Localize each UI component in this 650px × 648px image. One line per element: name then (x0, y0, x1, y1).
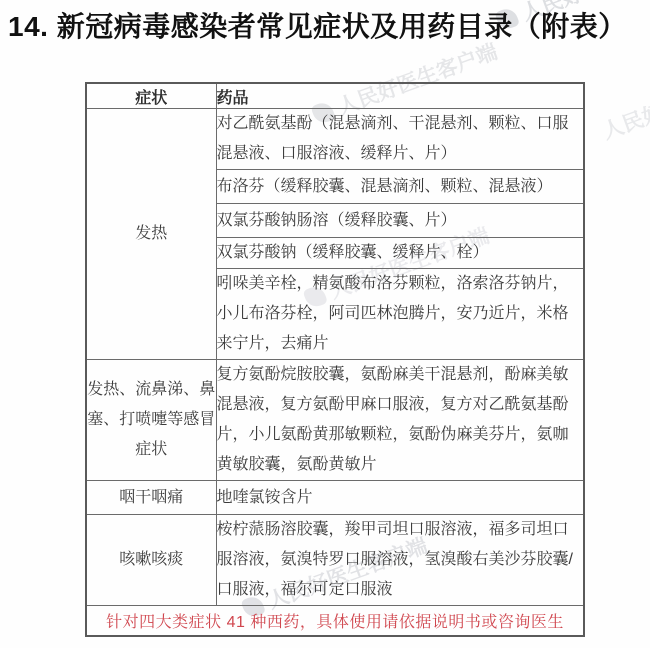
page-title: 14. 新冠病毒感染者常见症状及用药目录（附表） (8, 8, 648, 46)
column-header-symptom: 症状 (86, 83, 216, 109)
medicine-cell: 双氯芬酸钠肠溶（缓释胶囊、片） (216, 204, 584, 238)
medicine-cell: 吲哚美辛栓，精氨酸布洛芬颗粒，洛索洛芬钠片，小儿布洛芬栓，阿司匹林泡腾片，安乃近… (216, 269, 584, 360)
medicine-cell: 双氯芬酸钠（缓释胶囊、缓释片、栓） (216, 238, 584, 269)
medicine-cell: 布洛芬（缓释胶囊、混悬滴剂、颗粒、混悬液） (216, 170, 584, 204)
column-header-medicine: 药品 (216, 83, 584, 109)
table-row: 咳嗽咳痰 桉柠蒎肠溶胶囊，羧甲司坦口服溶液，福多司坦口服溶液，氨溴特罗口服溶液，… (86, 515, 584, 606)
article-page: 人民好医生客户端 人民好医生客户端 人民好医生客户端 人民好医生客户端 人民好医… (0, 0, 650, 648)
medicine-cell: 复方氨酚烷胺胶囊，氨酚麻美干混悬剂，酚麻美敏混悬液，复方氨酚甲麻口服液，复方对乙… (216, 360, 584, 481)
footer-note: 针对四大类症状 41 种西药，具体使用请依据说明书或咨询医生 (86, 606, 584, 637)
medicine-cell: 桉柠蒎肠溶胶囊，羧甲司坦口服溶液，福多司坦口服溶液，氨溴特罗口服溶液，氢溴酸右美… (216, 515, 584, 606)
medicine-cell: 地喹氯铵含片 (216, 481, 584, 515)
watermark: 人民好医生客户端 (598, 60, 650, 146)
symptom-cell-cold-symptoms: 发热、流鼻涕、鼻塞、打喷嚏等感冒症状 (86, 360, 216, 481)
symptom-medicine-table: 症状 药品 发热 对乙酰氨基酚（混悬滴剂、干混悬剂、颗粒、口服混悬液、口服溶液、… (85, 82, 585, 637)
table-row: 咽干咽痛 地喹氯铵含片 (86, 481, 584, 515)
symptom-cell-fever: 发热 (86, 109, 216, 360)
table-row: 发热、流鼻涕、鼻塞、打喷嚏等感冒症状 复方氨酚烷胺胶囊，氨酚麻美干混悬剂，酚麻美… (86, 360, 584, 481)
medicine-cell: 对乙酰氨基酚（混悬滴剂、干混悬剂、颗粒、口服混悬液、口服溶液、缓释片、片） (216, 109, 584, 170)
table-footer-row: 针对四大类症状 41 种西药，具体使用请依据说明书或咨询医生 (86, 606, 584, 637)
table-row: 发热 对乙酰氨基酚（混悬滴剂、干混悬剂、颗粒、口服混悬液、口服溶液、缓释片、片） (86, 109, 584, 170)
symptom-cell-cough: 咳嗽咳痰 (86, 515, 216, 606)
symptom-cell-sore-throat: 咽干咽痛 (86, 481, 216, 515)
table-header-row: 症状 药品 (86, 83, 584, 109)
watermark-text: 人民好医生客户端 (598, 60, 650, 146)
